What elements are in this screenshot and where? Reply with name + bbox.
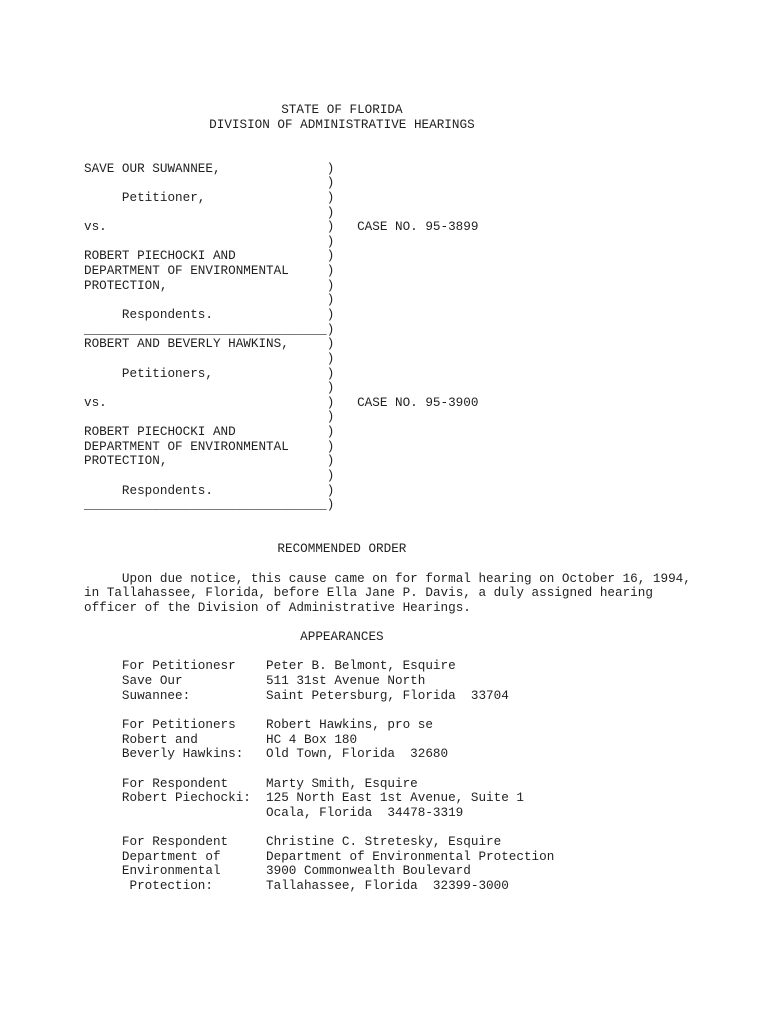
appearance-value: Peter B. Belmont, Esquire — [266, 659, 600, 674]
order-intro-paragraph: Upon due notice, this cause came on for … — [84, 572, 600, 616]
caption-paren: ) — [327, 367, 335, 382]
caption-row: ) — [84, 352, 600, 367]
party-role: Petitioners, — [84, 367, 327, 382]
party-role: Petitioner, — [84, 191, 327, 206]
appearance-row: Department of Department of Environmenta… — [84, 850, 600, 865]
case-number — [334, 162, 600, 177]
caption-row: PROTECTION, ) — [84, 454, 600, 469]
caption-ruled-line: ________________________________) — [84, 323, 600, 338]
caption-row-vs: vs. ) CASE NO. 95-3900 — [84, 396, 600, 411]
appearance-label: Robert Piechocki: — [122, 791, 266, 806]
appearances-title: APPEARANCES — [84, 630, 600, 645]
caption-paren: ) — [327, 264, 335, 279]
caption-ruled-line: ________________________________) — [84, 498, 600, 513]
caption-paren: ) — [327, 469, 335, 484]
case-number — [334, 249, 600, 264]
caption-row: ROBERT AND BEVERLY HAWKINS, ) — [84, 337, 600, 352]
party-name: ROBERT AND BEVERLY HAWKINS, — [84, 337, 327, 352]
spacer — [84, 557, 600, 572]
appearance-value: Ocala, Florida 34478-3319 — [266, 806, 600, 821]
paragraph-line: in Tallahassee, Florida, before Ella Jan… — [84, 586, 600, 601]
caption-paren: ) — [327, 249, 335, 264]
case-caption-1: SAVE OUR SUWANNEE, ) ) Petitioner, ) ) — [84, 162, 600, 338]
appearance-value: Saint Petersburg, Florida 33704 — [266, 689, 600, 704]
caption-row: ) — [84, 176, 600, 191]
appearance-value: Tallahassee, Florida 32399-3000 — [266, 879, 600, 894]
appearance-value: 3900 Commonwealth Boulevard — [266, 864, 600, 879]
appearance-label — [122, 806, 266, 821]
party-name: PROTECTION, — [84, 454, 327, 469]
party-name — [84, 176, 327, 191]
caption-paren: ) — [327, 308, 335, 323]
caption-paren: ) — [327, 235, 335, 250]
caption-row: Respondents. ) — [84, 308, 600, 323]
appearance-row: For Respondent Christine C. Stretesky, E… — [84, 835, 600, 850]
case-number — [334, 469, 600, 484]
appearance-label: Robert and — [122, 733, 266, 748]
appearance-label: For Petitioners — [122, 718, 266, 733]
caption-paren: ) — [327, 440, 335, 455]
caption-row: Petitioners, ) — [84, 367, 600, 382]
caption-paren: ) — [327, 279, 335, 294]
appearance-label: Department of — [122, 850, 266, 865]
appearance-value: Department of Environmental Protection — [266, 850, 600, 865]
appearance-value: Marty Smith, Esquire — [266, 777, 600, 792]
case-number — [334, 206, 600, 221]
recommended-order-document: STATE OF FLORIDA DIVISION OF ADMINISTRAT… — [84, 103, 600, 894]
caption-paren: ) — [327, 162, 335, 177]
caption-row: ) — [84, 235, 600, 250]
caption-row: ) — [84, 381, 600, 396]
caption-paren: ) — [327, 381, 335, 396]
appearance-row: Beverly Hawkins: Old Town, Florida 32680 — [84, 747, 600, 762]
appearance-row: Save Our 511 31st Avenue North — [84, 674, 600, 689]
caption-row: ) — [84, 469, 600, 484]
party-role: Respondents. — [84, 484, 327, 499]
caption-paren: ) — [327, 396, 335, 411]
caption-paren: ) — [327, 176, 335, 191]
caption-row-vs: vs. ) CASE NO. 95-3899 — [84, 220, 600, 235]
case-number — [334, 381, 600, 396]
case-number — [334, 367, 600, 382]
appearance-label: For Petitionesr — [122, 659, 266, 674]
appearance-row: For Petitionesr Peter B. Belmont, Esquir… — [84, 659, 600, 674]
case-number — [334, 425, 600, 440]
case-number — [334, 293, 600, 308]
appearance-value: Old Town, Florida 32680 — [266, 747, 600, 762]
caption-row: DEPARTMENT OF ENVIRONMENTAL ) — [84, 264, 600, 279]
appearance-row: Robert Piechocki: 125 North East 1st Ave… — [84, 791, 600, 806]
appearance-label: For Respondent — [122, 777, 266, 792]
case-number — [334, 410, 600, 425]
party-name — [84, 235, 327, 250]
party-name: ROBERT PIECHOCKI AND — [84, 249, 327, 264]
spacer — [84, 132, 600, 161]
appearance-label: Suwannee: — [122, 689, 266, 704]
caption-row: Respondents. ) — [84, 484, 600, 499]
appearance-row: Robert and HC 4 Box 180 — [84, 733, 600, 748]
appearance-row: For Petitioners Robert Hawkins, pro se — [84, 718, 600, 733]
vs-label: vs. — [84, 396, 327, 411]
case-number — [334, 191, 600, 206]
party-name: DEPARTMENT OF ENVIRONMENTAL — [84, 264, 327, 279]
caption-paren: ) — [327, 425, 335, 440]
case-number — [334, 176, 600, 191]
case-number — [334, 279, 600, 294]
case-number — [334, 440, 600, 455]
caption-paren: ) — [327, 220, 335, 235]
spacer — [84, 513, 600, 542]
party-name: ROBERT PIECHOCKI AND — [84, 425, 327, 440]
case-number — [334, 352, 600, 367]
caption-paren: ) — [327, 454, 335, 469]
appearance-label: Save Our — [122, 674, 266, 689]
appearance-block-petitioners-hawkins: For Petitioners Robert Hawkins, pro se R… — [84, 718, 600, 762]
appearance-label: For Respondent — [122, 835, 266, 850]
appearance-row: For Respondent Marty Smith, Esquire — [84, 777, 600, 792]
court-name: STATE OF FLORIDA — [84, 103, 600, 118]
appearance-row: Ocala, Florida 34478-3319 — [84, 806, 600, 821]
caption-row: DEPARTMENT OF ENVIRONMENTAL ) — [84, 440, 600, 455]
party-name — [84, 206, 327, 221]
case-number — [334, 337, 600, 352]
appearance-block-petitioner-suwannee: For Petitionesr Peter B. Belmont, Esquir… — [84, 659, 600, 703]
case-number — [334, 264, 600, 279]
spacer — [84, 615, 600, 630]
caption-row: SAVE OUR SUWANNEE, ) — [84, 162, 600, 177]
appearance-value: 125 North East 1st Avenue, Suite 1 — [266, 791, 600, 806]
caption-row: PROTECTION, ) — [84, 279, 600, 294]
case-number — [334, 235, 600, 250]
party-name — [84, 381, 327, 396]
vs-label: vs. — [84, 220, 327, 235]
appearance-label: Environmental — [122, 864, 266, 879]
appearance-value: Christine C. Stretesky, Esquire — [266, 835, 600, 850]
party-name — [84, 293, 327, 308]
case-number — [334, 484, 600, 499]
case-number — [334, 454, 600, 469]
paragraph-line: Upon due notice, this cause came on for … — [84, 572, 600, 587]
caption-paren: ) — [327, 191, 335, 206]
caption-paren: ) — [327, 293, 335, 308]
appearance-block-respondent-piechocki: For Respondent Marty Smith, Esquire Robe… — [84, 777, 600, 821]
appearance-block-respondent-dep: For Respondent Christine C. Stretesky, E… — [84, 835, 600, 894]
appearance-value: HC 4 Box 180 — [266, 733, 600, 748]
party-role: Respondents. — [84, 308, 327, 323]
case-number: CASE NO. 95-3899 — [334, 220, 600, 235]
caption-paren: ) — [327, 484, 335, 499]
caption-row: ROBERT PIECHOCKI AND ) — [84, 249, 600, 264]
caption-paren: ) — [327, 206, 335, 221]
spacer — [84, 820, 600, 835]
party-name — [84, 469, 327, 484]
party-name: PROTECTION, — [84, 279, 327, 294]
caption-row: ) — [84, 293, 600, 308]
paragraph-line: officer of the Division of Administrativ… — [84, 601, 600, 616]
party-name: DEPARTMENT OF ENVIRONMENTAL — [84, 440, 327, 455]
caption-row: ) — [84, 206, 600, 221]
appearance-label: Protection: — [122, 879, 266, 894]
order-title: RECOMMENDED ORDER — [84, 542, 600, 557]
case-number: CASE NO. 95-3900 — [334, 396, 600, 411]
appearance-row: Environmental 3900 Commonwealth Boulevar… — [84, 864, 600, 879]
case-number — [334, 308, 600, 323]
party-name — [84, 410, 327, 425]
party-name: SAVE OUR SUWANNEE, — [84, 162, 327, 177]
spacer — [84, 762, 600, 777]
caption-row: ROBERT PIECHOCKI AND ) — [84, 425, 600, 440]
appearance-label: Beverly Hawkins: — [122, 747, 266, 762]
spacer — [84, 645, 600, 660]
appearance-row: Suwannee: Saint Petersburg, Florida 3370… — [84, 689, 600, 704]
appearance-value: Robert Hawkins, pro se — [266, 718, 600, 733]
document-page: STATE OF FLORIDA DIVISION OF ADMINISTRAT… — [0, 0, 770, 1024]
appearance-value: 511 31st Avenue North — [266, 674, 600, 689]
case-caption-2: ROBERT AND BEVERLY HAWKINS, ) ) Petition… — [84, 337, 600, 513]
caption-row: Petitioner, ) — [84, 191, 600, 206]
caption-paren: ) — [327, 352, 335, 367]
caption-paren: ) — [327, 337, 335, 352]
caption-paren: ) — [327, 410, 335, 425]
spacer — [84, 703, 600, 718]
caption-row: ) — [84, 410, 600, 425]
appearance-row: Protection: Tallahassee, Florida 32399-3… — [84, 879, 600, 894]
party-name — [84, 352, 327, 367]
division-name: DIVISION OF ADMINISTRATIVE HEARINGS — [84, 118, 600, 133]
